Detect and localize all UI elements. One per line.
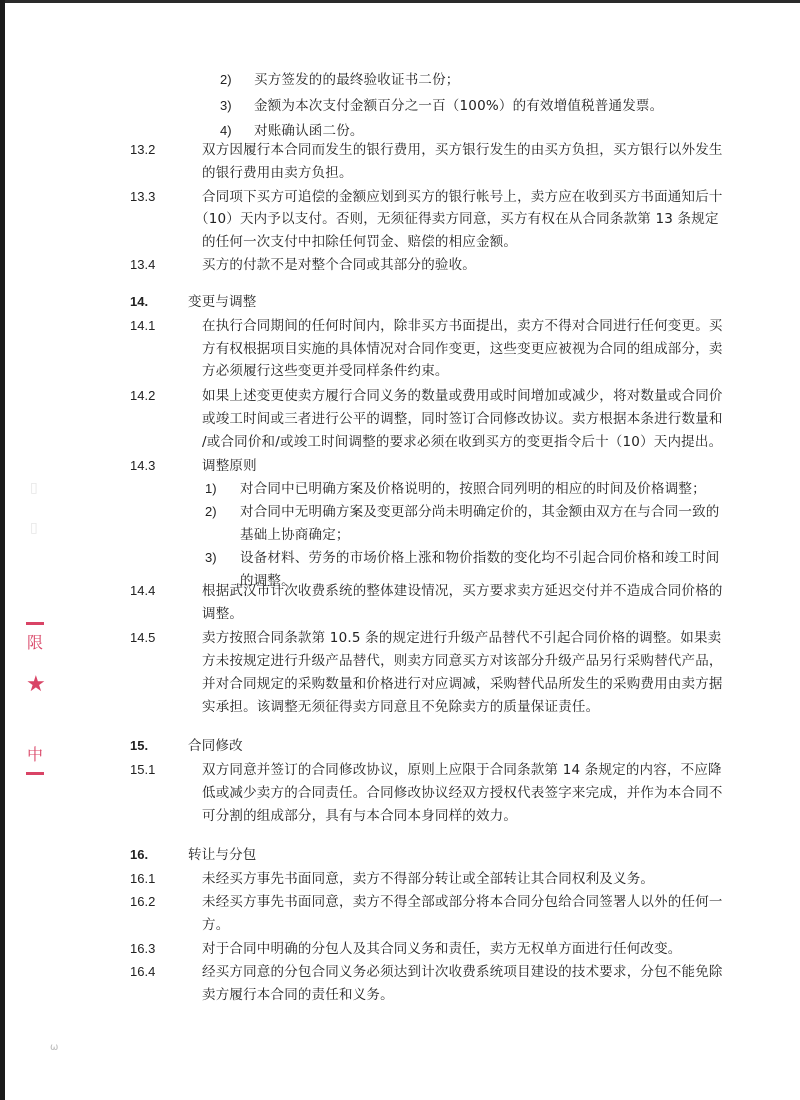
clause-number: 14.2 [130, 385, 155, 407]
clause-text: 如果上述变更使卖方履行合同义务的数量或费用或时间增加或减少，将对数量或合同价 [202, 385, 723, 407]
clause-text: 可分割的组成部分，具有与本合同本身同样的效力。 [202, 805, 517, 827]
list-number: 2) [220, 69, 232, 91]
clause-text: （10）天内予以支付。否则，无须征得卖方同意，买方有权在从合同条款第 13 条规… [195, 208, 719, 230]
sub-item-number: 1) [205, 478, 217, 500]
clause-text: 调整。 [202, 603, 243, 625]
clause-number: 14.4 [130, 580, 155, 602]
clause-text: 低或减少卖方的合同责任。合同修改协议经双方授权代表签字来完成，并作为本合同不 [202, 782, 723, 804]
section-number: 15. [130, 735, 148, 757]
section-title: 变更与调整 [188, 291, 257, 313]
stamp-char: 中 [27, 742, 43, 765]
clause-text: 在执行合同期间的任何时间内，除非买方书面提出，卖方不得对合同进行任何变更。买 [202, 315, 723, 337]
clause-text: 双方因履行本合同而发生的银行费用，买方银行发生的由买方负担，买方银行以外发生 [202, 139, 723, 161]
sub-item-text: 基础上协商确定； [240, 524, 350, 546]
clause-text: 对于合同中明确的分包人及其合同义务和责任，卖方无权单方面进行任何改变。 [202, 938, 682, 960]
clause-number: 15.1 [130, 759, 155, 781]
stamp-ghost: ▯ [30, 520, 38, 536]
clause-text: 方未按规定进行升级产品替代，则卖方同意买方对该部分升级产品另行采购替代产品， [202, 650, 723, 672]
stamp-bar [26, 772, 44, 775]
sub-item-text: 设备材料、劳务的市场价格上涨和物价指数的变化均不引起合同价格和竣工时间 [240, 547, 720, 569]
sub-item-text: 对合同中无明确方案及变更部分尚未明确定价的，其金额由双方在与合同一致的 [240, 501, 720, 523]
clause-number: 14.5 [130, 627, 155, 649]
clause-text: 合同项下买方可追偿的金额应划到买方的银行帐号上，卖方应在收到买方书面通知后十 [202, 186, 723, 208]
clause-text: 或竣工时间或三者进行公平的调整，同时签订合同修改协议。卖方根据本条进行数量和 [202, 408, 723, 430]
clause-number: 13.2 [130, 139, 155, 161]
clause-number: 16.2 [130, 891, 155, 913]
section-number: 16. [130, 844, 148, 866]
clause-number: 16.1 [130, 868, 155, 890]
clause-text: 买方的付款不是对整个合同或其部分的验收。 [202, 254, 476, 276]
clause-text: 的银行费用由卖方负担。 [202, 162, 353, 184]
scan-top-edge [0, 0, 800, 3]
clause-text: 卖方按照合同条款第 10.5 条的规定进行升级产品替代不引起合同价格的调整。如果… [202, 627, 721, 649]
stamp-char: 限 [27, 630, 43, 653]
clause-number: 16.3 [130, 938, 155, 960]
clause-text: 并对合同规定的采购数量和价格进行对应调减，采购替代品所发生的采购费用由卖方据 [202, 673, 723, 695]
list-item-text: 金额为本次支付金额百分之一百（100%）的有效增值税普通发票。 [254, 95, 663, 117]
sub-item-number: 2) [205, 501, 217, 523]
clause-text: 方有权根据项目实施的具体情况对合同作变更，这些变更应被视为合同的组成部分，卖 [202, 338, 723, 360]
clause-number: 13.3 [130, 186, 155, 208]
seal-stamp-fragment: ▯ ▯ 限 ★ 中 [26, 480, 56, 780]
clause-text: 方必须履行这些变更并受同样条件约束。 [202, 360, 449, 382]
sub-item-number: 3) [205, 547, 217, 569]
clause-text: 经买方同意的分包合同义务必须达到计次收费系统项目建设的技术要求，分包不能免除 [202, 961, 723, 983]
stamp-bar [26, 622, 44, 625]
clause-text: /或合同价和/或竣工时间调整的要求必须在收到买方的变更指令后十（10）天内提出。 [202, 431, 722, 453]
list-item-text: 买方签发的的最终验收证书二份； [254, 69, 460, 91]
section-title: 合同修改 [188, 735, 243, 757]
scan-left-edge [0, 0, 5, 1100]
clause-text: 方。 [202, 914, 229, 936]
clause-text: 双方同意并签订的合同修改协议，原则上应限于合同条款第 14 条规定的内容，不应降 [202, 759, 722, 781]
clause-number: 14.1 [130, 315, 155, 337]
stamp-ghost: ▯ [30, 480, 38, 496]
clause-text: 未经买方事先书面同意，卖方不得全部或部分将本合同分包给合同签署人以外的任何一 [202, 891, 723, 913]
clause-number: 14.3 [130, 455, 155, 477]
clause-subtitle: 调整原则 [202, 455, 257, 477]
clause-text: 卖方履行本合同的责任和义务。 [202, 984, 394, 1006]
clause-number: 16.4 [130, 961, 155, 983]
stamp-star-icon: ★ [26, 672, 46, 697]
section-title: 转让与分包 [188, 844, 257, 866]
clause-number: 13.4 [130, 254, 155, 276]
clause-text: 的任何一次支付中扣除任何罚金、赔偿的相应金额。 [202, 231, 517, 253]
sub-item-text: 对合同中已明确方案及价格说明的，按照合同列明的相应的时间及价格调整； [240, 478, 706, 500]
section-number: 14. [130, 291, 148, 313]
clause-text: 未经买方事先书面同意，卖方不得部分转让或全部转让其合同权利及义务。 [202, 868, 654, 890]
clause-text: 实承担。该调整无须征得卖方同意且不免除卖方的质量保证责任。 [202, 696, 599, 718]
clause-text: 根据武汉市计次收费系统的整体建设情况，买方要求卖方延迟交付并不造成合同价格的 [202, 580, 723, 602]
list-number: 3) [220, 95, 232, 117]
scan-mark: ω [50, 1042, 58, 1053]
